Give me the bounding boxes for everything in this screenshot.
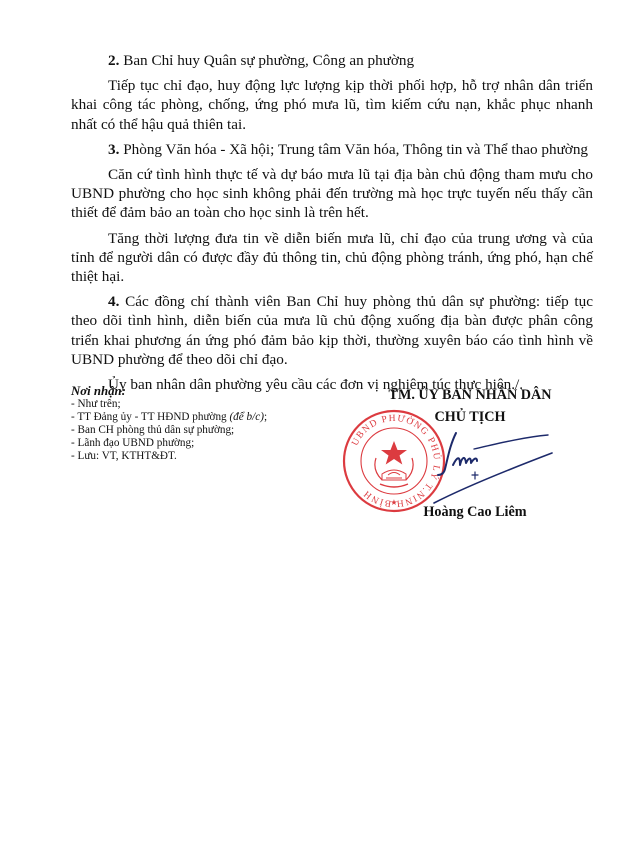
recipient-text: - TT Đảng ủy - TT HĐND phường [71,411,229,423]
document-page: 2. Ban Chỉ huy Quân sự phường, Công an p… [0,0,640,842]
recipient-item: - Lãnh đạo UBND phường; [71,437,331,450]
section-number: 4. [108,293,119,310]
signature-block: TM. ỦY BAN NHÂN DÂN CHỦ TỊCH Hoàng Cao L… [360,385,580,405]
recipient-note: (để b/c) [229,411,263,423]
paragraph-text: Tăng thời lượng đưa tin về diễn biến mưa… [71,230,593,285]
recipient-text: - Lưu: VT, KTHT&ĐT. [71,450,177,462]
recipient-item: - Ban CH phòng thủ dân sự phường; [71,424,331,437]
recipient-text: - Lãnh đạo UBND phường; [71,437,194,449]
svg-text:★: ★ [390,498,397,507]
signer-organization: TM. ỦY BAN NHÂN DÂN [360,385,580,405]
section-3-body-1: Căn cứ tình hình thực tế và dự báo mưa l… [71,165,593,223]
recipient-item: - TT Đảng ủy - TT HĐND phường (để b/c); [71,411,331,424]
section-3-body-2: Tăng thời lượng đưa tin về diễn biến mưa… [71,229,593,287]
section-number: 3. [108,141,119,158]
recipients-list: Nơi nhận: - Như trên; - TT Đảng ủy - TT … [71,384,331,463]
recipient-text: - Như trên; [71,398,121,410]
recipients-title: Nơi nhận: [71,384,331,398]
recipient-text: - Ban CH phòng thủ dân sự phường; [71,424,234,436]
section-2-heading: 2. Ban Chỉ huy Quân sự phường, Công an p… [71,51,593,70]
section-2-body: Tiếp tục chỉ đạo, huy động lực lượng kịp… [71,76,593,134]
recipient-item: - Lưu: VT, KTHT&ĐT. [71,450,331,463]
paragraph-text: Căn cứ tình hình thực tế và dự báo mưa l… [71,166,593,221]
document-body: 2. Ban Chỉ huy Quân sự phường, Công an p… [71,51,593,400]
recipient-suffix: ; [264,411,267,423]
section-3-heading: 3. Phòng Văn hóa - Xã hội; Trung tâm Văn… [71,140,593,159]
handwritten-signature-icon [420,425,555,510]
recipient-item: - Như trên; [71,398,331,411]
section-number: 2. [108,52,119,69]
section-4-body: 4. Các đồng chí thành viên Ban Chỉ huy p… [71,292,593,369]
section-title: Phòng Văn hóa - Xã hội; Trung tâm Văn hó… [119,141,588,158]
section-title: Ban Chỉ huy Quân sự phường, Công an phườ… [119,52,414,69]
paragraph-text: Tiếp tục chỉ đạo, huy động lực lượng kịp… [71,77,593,132]
paragraph-text: Các đồng chí thành viên Ban Chỉ huy phòn… [71,293,593,368]
